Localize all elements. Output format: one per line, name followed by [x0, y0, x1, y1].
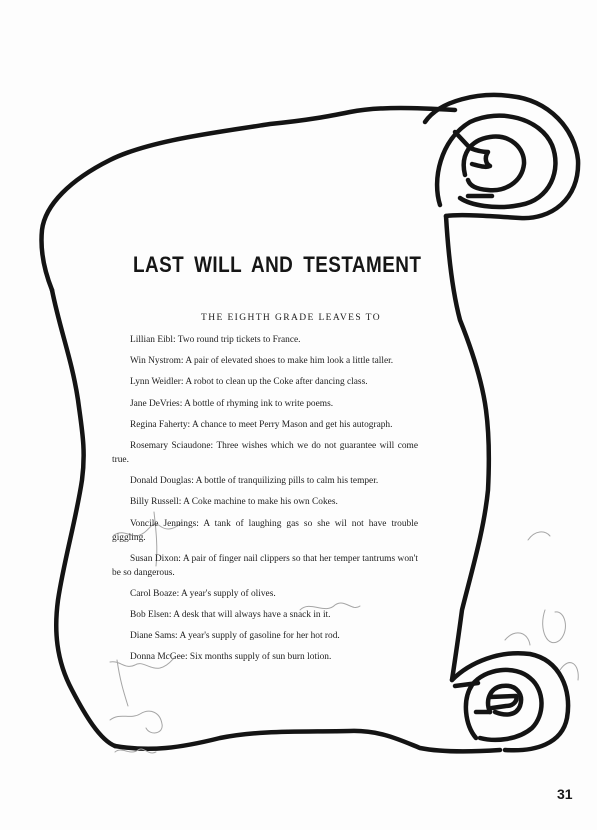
bequest-name: Voncile Jennings: [130, 519, 196, 529]
bequest-name: Jane DeVries: [130, 399, 180, 409]
bequest-name: Donald Douglas: [130, 476, 191, 486]
page-number: 31: [557, 786, 573, 802]
bequest-entry: Lillian Eibl: Two round trip tickets to …: [112, 333, 418, 347]
bequest-name: Carol Boaze: [130, 589, 177, 599]
bequest-entry: Voncile Jennings: A tank of laughing gas…: [112, 517, 418, 545]
bequest-gift: Six months supply of sun burn lotion.: [190, 652, 331, 662]
bequest-name: Susan Dixon: [130, 554, 178, 564]
bequest-gift: A year's supply of olives.: [181, 589, 276, 599]
bequest-name: Lynn Weidler: [130, 377, 181, 387]
bequest-entry: Lynn Weidler: A robot to clean up the Co…: [112, 375, 418, 389]
page-title: LAST WILL AND TESTAMENT: [133, 252, 358, 278]
bequest-name: Diane Sams: [130, 631, 175, 641]
bequest-entry: Rosemary Sciaudone: Three wishes which w…: [112, 439, 418, 467]
bequest-entry: Win Nystrom: A pair of elevated shoes to…: [112, 354, 418, 368]
bequest-gift: Two round trip tickets to France.: [178, 335, 301, 345]
bequest-name: Billy Russell: [130, 497, 179, 507]
bequest-entry: Bob Elsen: A desk that will always have …: [112, 608, 418, 622]
bequest-list: Lillian Eibl: Two round trip tickets to …: [112, 333, 418, 672]
bequest-gift: A chance to meet Perry Mason and get his…: [192, 420, 392, 430]
bequest-gift: A Coke machine to make his own Cokes.: [183, 497, 338, 507]
bequest-entry: Donna McGee: Six months supply of sun bu…: [112, 650, 418, 664]
bequest-name: Win Nystrom: [130, 356, 181, 366]
bequest-entry: Susan Dixon: A pair of finger nail clipp…: [112, 552, 418, 580]
bequest-gift: A pair of elevated shoes to make him loo…: [185, 356, 393, 366]
section-subtitle: THE EIGHTH GRADE LEAVES TO: [201, 313, 381, 323]
bequest-entry: Regina Faherty: A chance to meet Perry M…: [112, 418, 418, 432]
bequest-gift: A bottle of tranquilizing pills to calm …: [196, 476, 379, 486]
bequest-entry: Jane DeVries: A bottle of rhyming ink to…: [112, 397, 418, 411]
bequest-entry: Diane Sams: A year's supply of gasoline …: [112, 629, 418, 643]
bequest-name: Rosemary Sciaudone: [130, 441, 211, 451]
bequest-entry: Donald Douglas: A bottle of tranquilizin…: [112, 474, 418, 488]
yearbook-page: LAST WILL AND TESTAMENT THE EIGHTH GRADE…: [0, 0, 597, 830]
bequest-gift: A year's supply of gasoline for her hot …: [179, 631, 339, 641]
bequest-gift: A bottle of rhyming ink to write poems.: [184, 399, 333, 409]
bequest-entry: Carol Boaze: A year's supply of olives.: [112, 587, 418, 601]
bequest-entry: Billy Russell: A Coke machine to make hi…: [112, 495, 418, 509]
bequest-name: Lillian Eibl: [130, 335, 173, 345]
bequest-gift: A desk that will always have a snack in …: [173, 610, 330, 620]
bequest-name: Donna McGee: [130, 652, 185, 662]
bequest-name: Bob Elsen: [130, 610, 169, 620]
bequest-name: Regina Faherty: [130, 420, 188, 430]
bequest-gift: A robot to clean up the Coke after danci…: [185, 377, 367, 387]
